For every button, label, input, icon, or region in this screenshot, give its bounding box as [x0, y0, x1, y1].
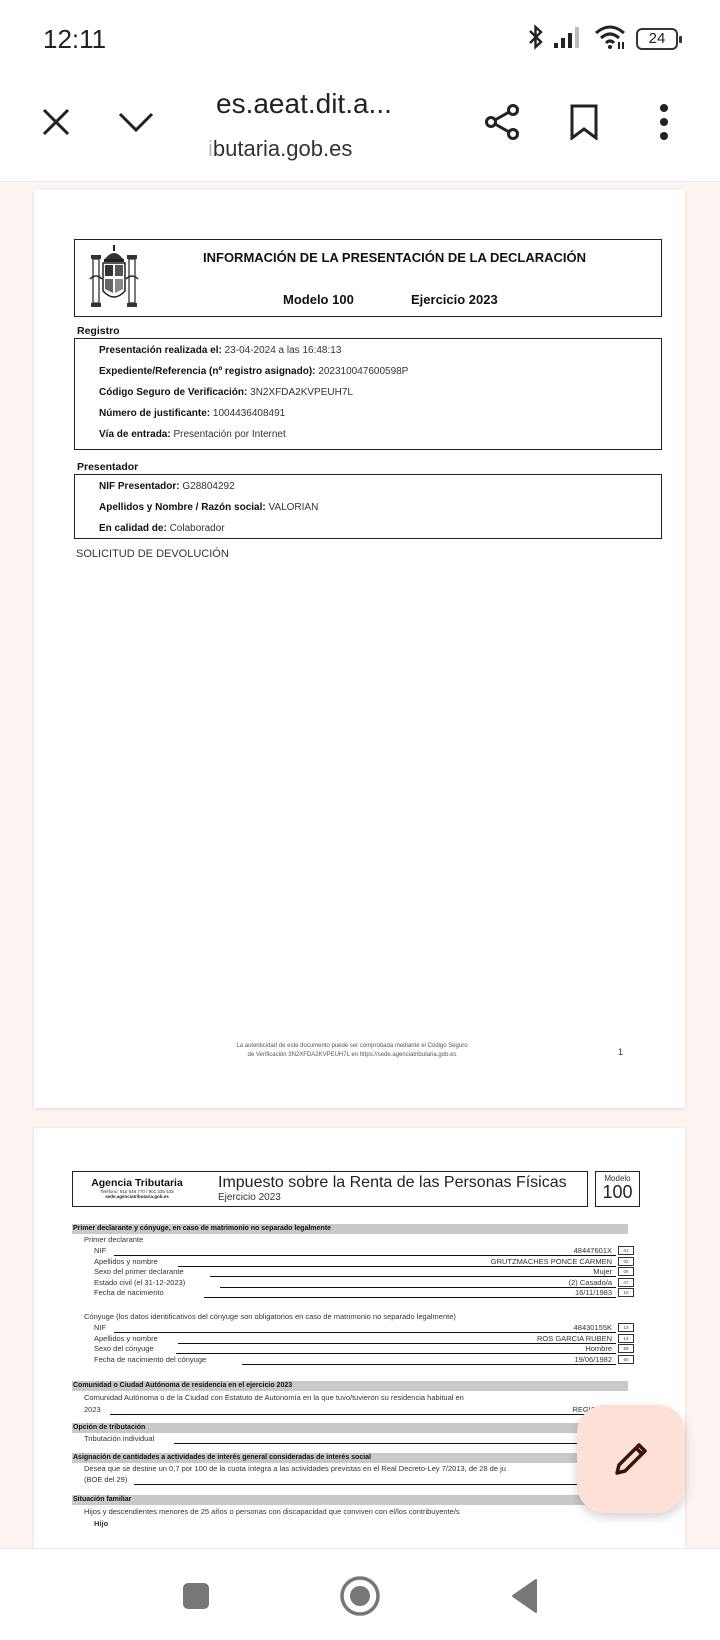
section-band: Opción de tributación — [72, 1423, 628, 1433]
ejercicio-label: Ejercicio 2023 — [411, 292, 498, 307]
signal-icon — [554, 26, 584, 53]
form-field-row: Apellidos y nombreROS GARCIA RUBEN14 — [94, 1334, 634, 1344]
familiar-text: Hijos y descendientes menores de 25 años… — [84, 1507, 460, 1516]
casilla-box: 07 — [618, 1278, 634, 1287]
more-vert-icon — [659, 104, 669, 140]
status-bar: 12:11 24 — [0, 0, 720, 72]
registro-box: Presentación realizada el: 23-04-2024 a … — [74, 338, 662, 450]
form-field-row: Fecha de nacimiento del cónyuge19/06/198… — [94, 1355, 634, 1365]
casilla-box: 60 — [618, 1355, 634, 1364]
conyuge-label: Cónyuge (los datos identificativos del c… — [84, 1312, 456, 1321]
agency-block: Agencia Tributaria Teléfono: 915 548 770… — [77, 1177, 197, 1199]
presentation-title: INFORMACIÓN DE LA PRESENTACIÓN DE LA DEC… — [203, 250, 586, 265]
presentador-line: NIF Presentador: G28804292 — [99, 481, 661, 502]
registro-heading: Registro — [77, 325, 120, 337]
solicitud-devolucion: SOLICITUD DE DEVOLUCIÓN — [76, 548, 229, 560]
edit-pencil-icon — [611, 1439, 651, 1479]
casilla-box: 02 — [618, 1257, 634, 1266]
section-band: Primer declarante y cónyuge, en caso de … — [72, 1224, 628, 1234]
presentador-heading: Presentador — [77, 461, 138, 473]
clock: 12:11 — [43, 24, 106, 55]
presentador-line: En calidad de: Colaborador — [99, 523, 661, 544]
page-url: ibutaria.gob.es — [208, 136, 352, 162]
custom-tab-toolbar: es.aeat.dit.a... ibutaria.gob.es — [0, 72, 720, 182]
section-band: Asignación de cantidades a actividades d… — [72, 1453, 628, 1463]
coat-of-arms-icon — [89, 245, 139, 311]
casilla-box: 13 — [618, 1323, 634, 1332]
edit-button[interactable] — [577, 1405, 685, 1513]
authenticity-note: La autenticidad de este documento puede … — [202, 1042, 502, 1060]
pdf-page-1: INFORMACIÓN DE LA PRESENTACIÓN DE LA DEC… — [34, 190, 685, 1108]
casilla-box: 01 — [618, 1246, 634, 1255]
close-icon — [41, 107, 71, 137]
tributacion-row: Tributación individual — [84, 1434, 624, 1444]
wifi-icon — [594, 24, 626, 55]
registro-line: Presentación realizada el: 23-04-2024 a … — [99, 345, 661, 366]
presentador-box: NIF Presentador: G28804292 Apellidos y N… — [74, 474, 662, 539]
irpf-ejercicio: Ejercicio 2023 — [218, 1192, 281, 1203]
hijo-label: Hijo — [94, 1519, 108, 1528]
home-circle-icon — [339, 1575, 381, 1617]
registro-line: Número de justificante: 1004436408491 — [99, 408, 661, 429]
form-field-row: Fecha de nacimiento16/11/198310 — [94, 1288, 634, 1298]
registro-line: Código Seguro de Verificación: 3N2XFDA2K… — [99, 387, 661, 408]
recents-button[interactable] — [171, 1571, 221, 1621]
bookmark-button[interactable] — [556, 94, 612, 150]
pdf-viewer[interactable]: INFORMACIÓN DE LA PRESENTACIÓN DE LA DEC… — [0, 183, 720, 1548]
form-field-row: Sexo del primer declaranteMujer05 — [94, 1267, 634, 1277]
form-field-row: Estado civil (el 31-12-2023)(2) Casado/a… — [94, 1278, 634, 1288]
share-button[interactable] — [475, 94, 531, 150]
boe-row: (BOE del 29) — [84, 1475, 624, 1485]
comunidad-row: 2023 REGION — [84, 1405, 624, 1415]
back-button[interactable] — [500, 1571, 550, 1621]
more-options-button[interactable] — [636, 94, 692, 150]
comunidad-text: Comunidad Autónoma o de la Ciudad con Es… — [84, 1393, 464, 1402]
section-band: Situación familiar — [72, 1495, 628, 1505]
back-triangle-icon — [510, 1578, 540, 1614]
system-nav-bar — [0, 1548, 720, 1640]
casilla-box: 10 — [618, 1288, 634, 1297]
battery-icon: 24 — [636, 28, 678, 50]
presentador-line: Apellidos y Nombre / Razón social: VALOR… — [99, 502, 661, 523]
irpf-header: Agencia Tributaria Teléfono: 915 548 770… — [72, 1171, 588, 1207]
registro-line: Expediente/Referencia (nº registro asign… — [99, 366, 661, 387]
minimize-button[interactable] — [108, 94, 164, 150]
primer-declarante-label: Primer declarante — [84, 1235, 143, 1244]
asignacion-text: Desea que se destine un 0,7 por 100 de l… — [84, 1464, 506, 1473]
registro-line: Vía de entrada: Presentación por Interne… — [99, 429, 661, 450]
recents-square-icon — [182, 1582, 210, 1610]
close-button[interactable] — [28, 94, 84, 150]
casilla-box: 59 — [618, 1344, 634, 1353]
bookmark-icon — [569, 104, 599, 140]
casilla-box: 14 — [618, 1334, 634, 1343]
home-button[interactable] — [335, 1571, 385, 1621]
chevron-down-icon — [118, 111, 154, 133]
modelo-label: Modelo 100 — [283, 292, 354, 307]
share-icon — [483, 102, 523, 142]
page-title: es.aeat.dit.a... — [216, 88, 392, 120]
form-field-row: Sexo del cónyugeHombre59 — [94, 1344, 634, 1354]
casilla-box: 05 — [618, 1267, 634, 1276]
form-field-row: Apellidos y nombreGRUTZMACHES PONCE CARM… — [94, 1257, 634, 1267]
form-field-row: NIF48430155K13 — [94, 1323, 634, 1333]
bluetooth-icon — [528, 23, 544, 56]
section-band: Comunidad o Ciudad Autónoma de residenci… — [72, 1381, 628, 1391]
form-field-row: NIF48447601X01 — [94, 1246, 634, 1256]
page-number: 1 — [618, 1047, 623, 1057]
irpf-title: Impuesto sobre la Renta de las Personas … — [218, 1174, 567, 1192]
modelo-box: Modelo 100 — [595, 1171, 640, 1207]
presentation-header: INFORMACIÓN DE LA PRESENTACIÓN DE LA DEC… — [74, 239, 662, 317]
